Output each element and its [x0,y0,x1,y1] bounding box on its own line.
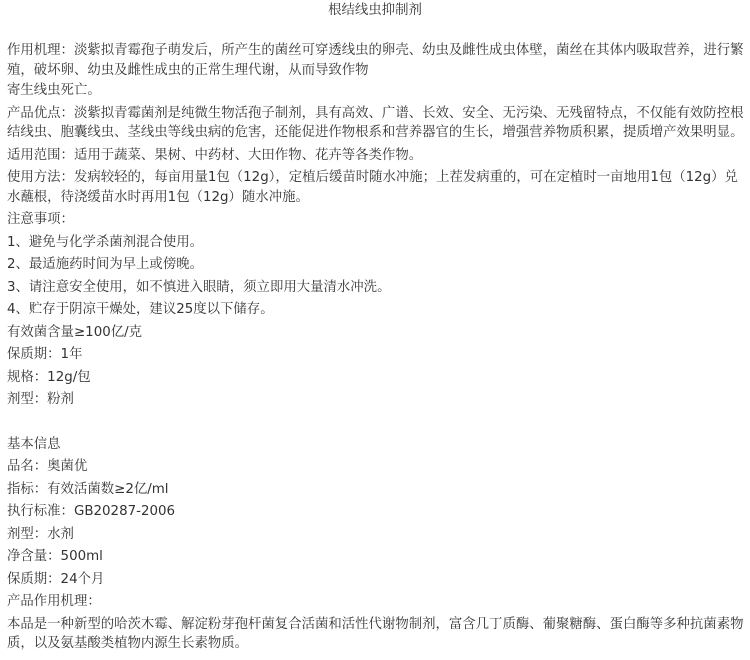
info-item: 剂型：水剂 [7,525,745,545]
mechanism-text-continued: 寄生线虫死亡。 [7,81,745,101]
mechanism-text: 作用机理：淡紫拟青霉孢子萌发后，所产生的菌丝可穿透线虫的卵壳、幼虫及雌性成虫体壁… [7,41,745,80]
note-item: 2、最适施药时间为早上或傍晚。 [7,255,745,275]
product-mechanism-text: 本品是一种新型的哈茨木霉、解淀粉芽孢杆菌复合活菌和活性代谢物制剂，富含几丁质酶、… [7,615,745,654]
notes-heading: 注意事项： [7,210,745,230]
spec-item: 规格：12g/包 [7,368,745,388]
info-item: 指标：有效活菌数≥2亿/ml [7,480,745,500]
spec-item: 有效菌含量≥100亿/克 [7,323,745,343]
scope-text: 适用范围：适用于蔬菜、果树、中药材、大田作物、花卉等各类作物。 [7,146,745,166]
spec-item: 保质期：1年 [7,345,745,365]
info-item: 品名：奥菌优 [7,457,745,477]
note-item: 4、贮存于阴凉干燥处，建议25度以下储存。 [7,300,745,320]
advantages-text: 产品优点：淡紫拟青霉菌剂是纯微生物活孢子制剂，具有高效、广谱、长效、安全、无污染… [7,104,745,143]
note-item: 3、请注意安全使用，如不慎进入眼睛，须立即用大量清水冲洗。 [7,278,745,298]
info-item: 净含量：500ml [7,547,745,567]
spec-item: 剂型：粉剂 [7,390,745,410]
info-item: 保质期：24个月 [7,570,745,590]
info-item: 产品作用机理： [7,592,745,612]
section-spacer [7,413,745,435]
info-item: 执行标准：GB20287-2006 [7,502,745,522]
product-description: 作用机理：淡紫拟青霉孢子萌发后，所产生的菌丝可穿透线虫的卵壳、幼虫及雌性成虫体壁… [7,41,745,657]
basic-info-heading: 基本信息 [7,435,745,455]
note-item: 1、避免与化学杀菌剂混合使用。 [7,233,745,253]
page-title: 根结线虫抑制剂 [0,2,750,20]
usage-text: 使用方法：发病较轻的，每亩用量1包（12g），定植后缓苗时随水冲施；上茬发病重的… [7,168,745,207]
